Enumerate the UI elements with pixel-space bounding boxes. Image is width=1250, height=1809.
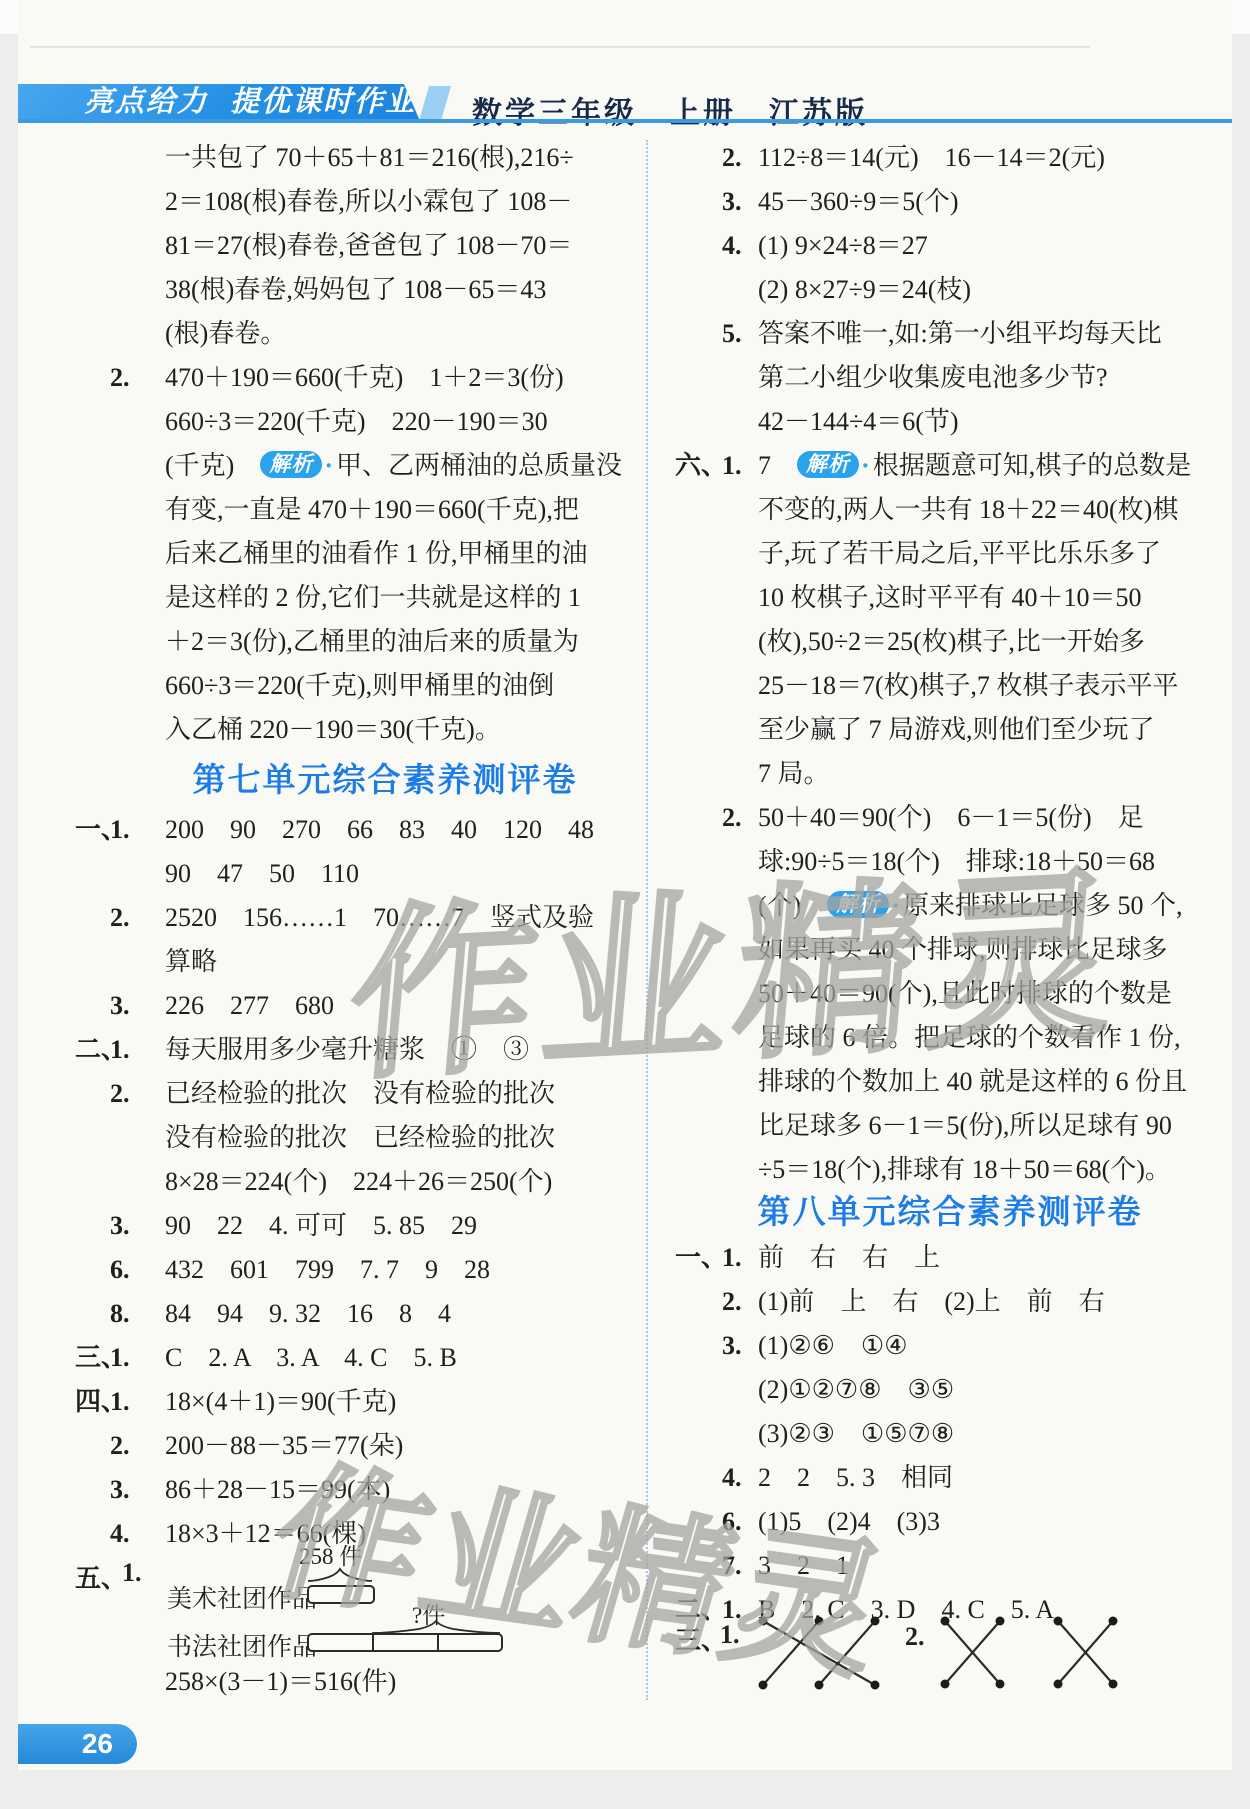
answer-line: 至少赢了 7 局游戏,则他们至少玩了 [675,708,1185,752]
item-number: 2. [110,896,130,940]
answer-line: (2)①②⑦⑧ ③⑤ [675,1368,1185,1412]
answer-text: 已经检验的批次 没有检验的批次 [165,1072,635,1116]
top-faint-line [30,46,1090,48]
item-number: 2. [722,796,742,840]
answer-text: 不变的,两人一共有 18＋22＝40(枚)棋 [758,488,1185,532]
item-number: 1. [722,1236,742,1280]
answer-line: 2. 200－88－35＝77(朵) [75,1424,635,1468]
brand-banner: 亮点给力提优课时作业本 [18,84,420,121]
bar-segment-tick [372,1635,374,1650]
answer-text: 18×3＋12＝66(棵) [165,1512,635,1556]
answer-text: 90 47 50 110 [165,852,635,896]
answer-line: 2. (1)前 上 右 (2)上 前 右 [675,1280,1185,1324]
item-number: 1. [110,1380,130,1424]
answer-line: 2. 112÷8＝14(元) 16－14＝2(元) [675,136,1185,180]
answer-line: 3. (1)②⑥ ①④ [675,1324,1185,1368]
answer-text: 一共包了 70＋65＋81＝216(根),216÷ [165,136,635,180]
answer-text: 45－360÷9＝5(个) [758,180,1185,224]
answer-text: 200 90 270 66 83 40 120 48 [165,808,635,852]
answer-line: 排球的个数加上 40 就是这样的 6 份且 [675,1060,1185,1104]
answer-text: (1)②⑥ ①④ [758,1324,1185,1368]
badge-dot: · [891,891,900,920]
answer-line: 7. 3 2 1 [675,1544,1185,1588]
answer-line: 8×28＝224(个) 224＋26＝250(个) [75,1160,635,1204]
overbrace-question [371,1620,501,1634]
answer-text: 90 22 4. 可可 5. 85 29 [165,1204,635,1248]
badge-dot: · [861,451,870,480]
answer-text: 2 2 5. 3 相同 [758,1456,1185,1500]
answer-text: 2＝108(根)春卷,所以小霖包了 108－ [165,180,635,224]
unit-heading: 第八单元综合素养测评卷 [675,1192,1185,1236]
answer-text: 50＋40＝90(个),且此时排球的个数是 [758,972,1185,1016]
page-number: 26 [82,1728,113,1759]
calligraphy-club-label: 书法社团作品 [167,1627,317,1663]
answer-text: (3)②③ ①⑤⑦⑧ [758,1412,1185,1456]
answer-line: 5. 答案不唯一,如:第一小组平均每天比 [675,312,1185,356]
answer-line: 二、 1. 每天服用多少毫升糖浆 ① ③ [75,1028,635,1072]
analysis-badge: 解析 [797,451,859,478]
item-number: 2. [905,1622,925,1652]
answer-text: 入乙桶 220－190＝30(千克)。 [165,708,635,752]
answer-text: C 2. A 3. A 4. C 5. B [165,1336,635,1380]
cross-diagram-1 [937,1610,1009,1692]
answer-text: ÷5＝18(个),排球有 18＋50＝68(个)。 [758,1148,1185,1192]
answer-text: 没有检验的批次 已经检验的批次 [165,1116,635,1160]
column-divider [646,140,648,1700]
answer-text: 球:90÷5＝18(个) 排球:18＋50＝68 [758,840,1185,884]
answer-text: 3 2 1 [758,1544,1185,1588]
answer-line: 六、 1. 7 解析·根据题意可知,棋子的总数是 [675,444,1185,488]
answer-text: 至少赢了 7 局游戏,则他们至少玩了 [758,708,1185,752]
answer-text: 第二小组少收集废电池多少节? [758,356,1185,400]
item-number: 2. [722,136,742,180]
answer-text: 每天服用多少毫升糖浆 ① ③ [165,1028,635,1072]
answer-text: 排球的个数加上 40 就是这样的 6 份且 [758,1060,1185,1104]
answer-line: 8. 84 94 9. 32 16 8 4 [75,1292,635,1336]
page-number-pill: 26 [18,1724,137,1764]
answer-line: 3. 226 277 680 [75,984,635,1028]
answer-line: 2. 470＋190＝660(千克) 1＋2＝3(份) [75,356,635,400]
answers-column-right: 2. 112÷8＝14(元) 16－14＝2(元) 3. 45－360÷9＝5(… [675,136,1185,1632]
answer-text: (1) 9×24÷8＝27 [758,224,1185,268]
answer-line: 6. (1)5 (2)4 (3)3 [675,1500,1185,1544]
answer-text: 答案不唯一,如:第一小组平均每天比 [758,312,1185,356]
answer-line: 不变的,两人一共有 18＋22＝40(枚)棋 [675,488,1185,532]
answer-line: 42－144÷4＝6(节) [675,400,1185,444]
answer-line: 比足球多 6－1＝5(份),所以足球有 90 [675,1104,1185,1148]
answer-line: 三、 1. C 2. A 3. A 4. C 5. B [75,1336,635,1380]
answer-text: (千克) 解析·甲、乙两桶油的总质量没 [165,444,635,488]
answer-text: 84 94 9. 32 16 8 4 [165,1292,635,1336]
answer-line: ÷5＝18(个),排球有 18＋50＝68(个)。 [675,1148,1185,1192]
answer-line: 10 枚棋子,这时平平有 40＋10＝50 [675,576,1185,620]
answer-text: 38(根)春卷,妈妈包了 108－65＝43 [165,268,635,312]
answer-line: 2. 2520 156……1 70……7 竖式及验 [75,896,635,940]
answer-text: 50＋40＝90(个) 6－1＝5(份) 足 [758,796,1185,840]
item-number: 1. [110,808,130,852]
answer-text: 81＝27(根)春卷,爸爸包了 108－70＝ [165,224,635,268]
answer-text: 子,玩了若干局之后,平平比乐乐多了 [758,532,1185,576]
edition-title: 数学三年级 上册 江苏版 [472,88,868,132]
answer-text: 7 解析·根据题意可知,棋子的总数是 [758,444,1185,488]
answer-line: 入乙桶 220－190＝30(千克)。 [75,708,635,752]
answer-line: 81＝27(根)春卷,爸爸包了 108－70＝ [75,224,635,268]
answer-text: 86＋28－15＝99(本) [165,1468,635,1512]
answer-text: 算略 [165,940,635,984]
item-number: 2. [110,356,130,400]
item-number: 4. [722,1456,742,1500]
analysis-badge: 解析 [260,451,322,478]
answer-line: 50＋40＝90(个),且此时排球的个数是 [675,972,1185,1016]
item-number: 3. [110,984,130,1028]
bar-segment-tick [437,1635,439,1650]
answer-line: 没有检验的批次 已经检验的批次 [75,1116,635,1160]
answer-text: 432 601 799 7. 7 9 28 [165,1248,635,1292]
item-number: 6. [110,1248,130,1292]
answer-text: ＋2＝3(份),乙桶里的油后来的质量为 [165,620,635,664]
answer-text: 660÷3＝220(千克),则甲桶里的油倒 [165,664,635,708]
answer-line: 是这样的 2 份,它们一共就是这样的 1 [75,576,635,620]
answer-text: (个) 解析·原来排球比足球多 50 个, [758,884,1185,928]
answer-line: (根)春卷。 [75,312,635,356]
answer-text: 足球的 6 倍。把足球的个数看作 1 份, [758,1016,1185,1060]
unit-heading: 第七单元综合素养测评卷 [75,752,635,808]
answer-line: 子,玩了若干局之后,平平比乐乐多了 [675,532,1185,576]
answer-line: (枚),50÷2＝25(枚)棋子,比一开始多 [675,620,1185,664]
answer-line: (千克) 解析·甲、乙两桶油的总质量没 [75,444,635,488]
item-number: 1. [720,1620,740,1650]
answer-line: 第二小组少收集废电池多少节? [675,356,1185,400]
answer-text: 前 右 右 上 [758,1236,1185,1280]
answer-text: 18×(4＋1)＝90(千克) [165,1380,635,1424]
item-number: 4. [110,1512,130,1556]
answer-line: 球:90÷5＝18(个) 排球:18＋50＝68 [675,840,1185,884]
answer-line: 3. 45－360÷9＝5(个) [675,180,1185,224]
answer-line: 有变,一直是 470＋190＝660(千克),把 [75,488,635,532]
matching-diagram-1 [755,1610,885,1696]
item-number: 5. [722,312,742,356]
answer-text: 25－18＝7(枚)棋子,7 枚棋子表示平平 [758,664,1185,708]
item-number: 4. [722,224,742,268]
answer-line: 7 局。 [675,752,1185,796]
section-label: 六、 [675,444,727,488]
answer-text: 200－88－35＝77(朵) [165,1424,635,1468]
answer-line: 3. 90 22 4. 可可 5. 85 29 [75,1204,635,1248]
answer-text: 42－144÷4＝6(节) [758,400,1185,444]
answer-line: 一共包了 70＋65＋81＝216(根),216÷ [75,136,635,180]
answer-line: 3. 86＋28－15＝99(本) [75,1468,635,1512]
answer-text: 如果再买 40 个排球,则排球比足球多 [758,928,1185,972]
section-label: 五、 [75,1558,127,1595]
item-number: 8. [110,1292,130,1336]
answer-text: 10 枚棋子,这时平平有 40＋10＝50 [758,576,1185,620]
answer-text: (2) 8×27÷9＝24(枝) [758,268,1185,312]
item-number: 3. [110,1204,130,1248]
answer-line: 2. 50＋40＝90(个) 6－1＝5(份) 足 [675,796,1185,840]
answer-line: (3)②③ ①⑤⑦⑧ [675,1412,1185,1456]
series-title: 亮点给力 [84,86,208,118]
analysis-badge: 解析 [827,891,889,918]
answer-text: (1)前 上 右 (2)上 前 右 [758,1280,1185,1324]
answer-line: 38(根)春卷,妈妈包了 108－65＝43 [75,268,635,312]
answer-line: 258×(3－1)＝516(件) [75,1660,635,1704]
item-number: 1. [110,1028,130,1072]
answer-line: 一、 1. 200 90 270 66 83 40 120 48 [75,808,635,852]
item-number: 1. [722,444,742,488]
badge-dot: · [324,451,333,480]
section-label: 一、 [675,1236,727,1280]
answer-text: 258×(3－1)＝516(件) [165,1660,635,1704]
answer-line: 算略 [75,940,635,984]
answer-text: 2520 156……1 70……7 竖式及验 [165,896,635,940]
answer-text: (根)春卷。 [165,312,635,356]
item-number: 2. [110,1424,130,1468]
answer-text: 470＋190＝660(千克) 1＋2＝3(份) [165,356,635,400]
answer-text: 660÷3＝220(千克) 220－190＝30 [165,400,635,444]
item-number: 3. [722,1324,742,1368]
answer-line: 后来乙桶里的油看作 1 份,甲桶里的油 [75,532,635,576]
answer-text: 是这样的 2 份,它们一共就是这样的 1 [165,576,635,620]
answer-text: 7 局。 [758,752,1185,796]
art-club-bar [307,1585,375,1604]
answer-line: 660÷3＝220(千克),则甲桶里的油倒 [75,664,635,708]
header-divider [18,119,1232,123]
calligraphy-club-bar [307,1633,503,1652]
answer-line: (2) 8×27÷9＝24(枝) [675,268,1185,312]
art-club-label: 美术社团作品 [167,1579,317,1615]
answer-line: 90 47 50 110 [75,852,635,896]
answer-line: 如果再买 40 个排球,则排球比足球多 [675,928,1185,972]
answer-line: 6. 432 601 799 7. 7 9 28 [75,1248,635,1292]
answer-line: 25－18＝7(枚)棋子,7 枚棋子表示平平 [675,664,1185,708]
answer-text: 后来乙桶里的油看作 1 份,甲桶里的油 [165,532,635,576]
answer-text: 比足球多 6－1＝5(份),所以足球有 90 [758,1104,1185,1148]
answer-text: 8×28＝224(个) 224＋26＝250(个) [165,1160,635,1204]
cross-diagram-2 [1050,1610,1122,1692]
answer-line: ＋2＝3(份),乙桶里的油后来的质量为 [75,620,635,664]
item-number: 1. [110,1336,130,1380]
item-number: 7. [722,1544,742,1588]
bar1-value-label: 258 件 [299,1538,362,1571]
item-number: 3. [722,180,742,224]
answer-line: 足球的 6 倍。把足球的个数看作 1 份, [675,1016,1185,1060]
answer-line: 2. 已经检验的批次 没有检验的批次 [75,1072,635,1116]
answers-column-left: 一共包了 70＋65＋81＝216(根),216÷ 2＝108(根)春卷,所以小… [75,136,635,1704]
answer-text: 112÷8＝14(元) 16－14＝2(元) [758,136,1185,180]
answer-text: (1)5 (2)4 (3)3 [758,1500,1185,1544]
answer-line: 一、 1. 前 右 右 上 [675,1236,1185,1280]
answer-text: (2)①②⑦⑧ ③⑤ [758,1368,1185,1412]
item-number: 3. [110,1468,130,1512]
item-number: 2. [110,1072,130,1116]
answer-text: 226 277 680 [165,984,635,1028]
answer-line: 四、 1. 18×(4＋1)＝90(千克) [75,1380,635,1424]
item-number: 6. [722,1500,742,1544]
answer-line: 4. (1) 9×24÷8＝27 [675,224,1185,268]
item-number: 1. [122,1558,142,1588]
answer-line: 2＝108(根)春卷,所以小霖包了 108－ [75,180,635,224]
answer-line: (个) 解析·原来排球比足球多 50 个, [675,884,1185,928]
answer-line: 660÷3＝220(千克) 220－190＝30 [75,400,635,444]
item-number: 2. [722,1280,742,1324]
answer-line: 4. 2 2 5. 3 相同 [675,1456,1185,1500]
answer-text: (枚),50÷2＝25(枚)棋子,比一开始多 [758,620,1185,664]
answer-text: 有变,一直是 470＋190＝660(千克),把 [165,488,635,532]
